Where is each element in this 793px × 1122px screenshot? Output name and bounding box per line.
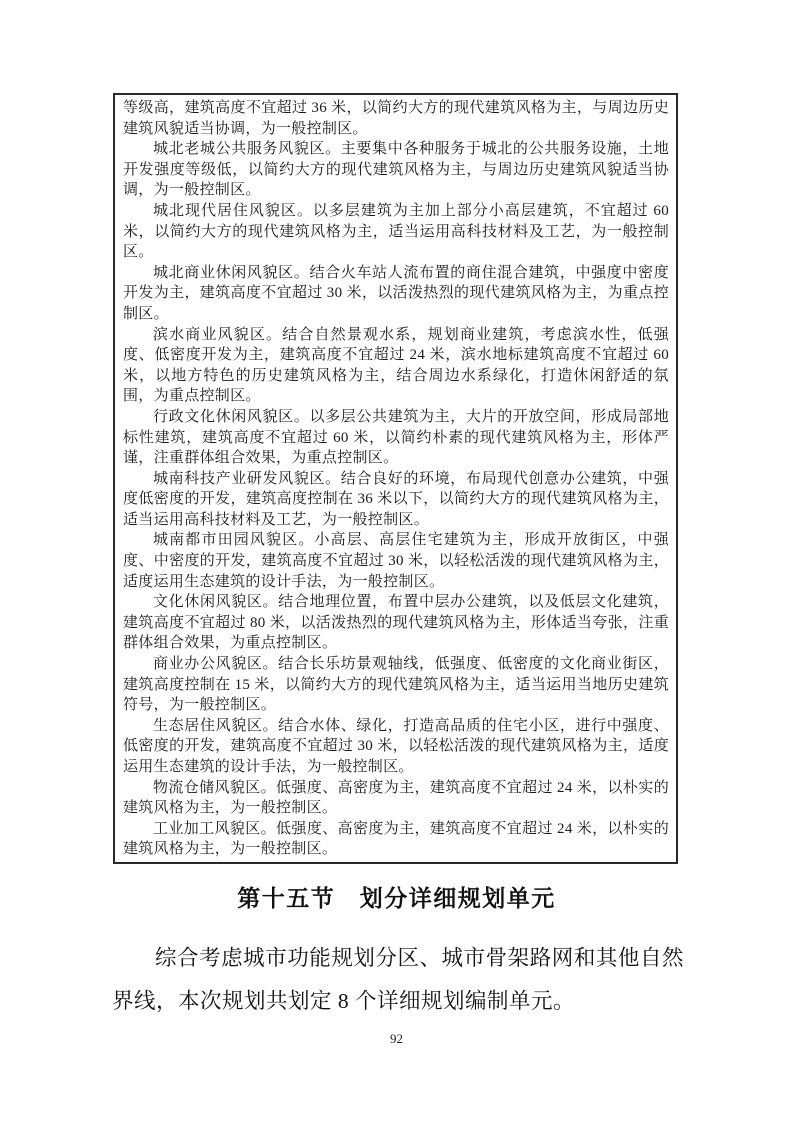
section-heading: 第十五节 划分详细规划单元	[0, 880, 793, 913]
zone-paragraph: 物流仓储风貌区。低强度、高密度为主，建筑高度不宜超过 24 米，以朴实的建筑风格…	[123, 778, 669, 819]
zone-paragraph: 工业加工风貌区。低强度、高密度为主，建筑高度不宜超过 24 米，以朴实的建筑风格…	[123, 819, 669, 860]
zone-paragraph: 文化休闲风貌区。结合地理位置，布置中层办公建筑，以及低层文化建筑，建筑高度不宜超…	[123, 592, 669, 654]
zone-paragraph: 生态居住风貌区。结合水体、绿化，打造高品质的住宅小区，进行中强度、低密度的开发，…	[123, 716, 669, 778]
closing-paragraph: 综合考虑城市功能规划分区、城市骨架路网和其他自然界线，本次规划共划定 8 个详细…	[112, 937, 684, 1023]
zone-paragraph: 城北老城公共服务风貌区。主要集中各种服务于城北的公共服务设施，土地开发强度等级低…	[123, 139, 669, 201]
zone-paragraph: 城南都市田园风貌区。小高层、高层住宅建筑为主，形成开放街区，中强度、中密度的开发…	[123, 530, 669, 592]
zone-paragraph: 行政文化休闲风貌区。以多层公共建筑为主，大片的开放空间，形成局部地标性建筑，建筑…	[123, 407, 669, 469]
zone-paragraph: 滨水商业风貌区。结合自然景观水系，规划商业建筑，考虑滨水性，低强度、低密度开发为…	[123, 325, 669, 407]
page-number: 92	[0, 1031, 793, 1047]
zone-paragraph: 城北现代居住风貌区。以多层建筑为主加上部分小高层建筑，不宜超过 60 米，以简约…	[123, 201, 669, 263]
zone-paragraph: 商业办公风貌区。结合长乐坊景观轴线，低强度、低密度的文化商业街区，建筑高度控制在…	[123, 654, 669, 716]
document-page: 等级高，建筑高度不宜超过 36 米，以简约大方的现代建筑风格为主，与周边历史建筑…	[0, 0, 793, 1122]
bordered-text-box: 等级高，建筑高度不宜超过 36 米，以简约大方的现代建筑风格为主，与周边历史建筑…	[113, 93, 678, 864]
zone-paragraph: 城北商业休闲风貌区。结合火车站人流布置的商住混合建筑，中强度中密度开发为主，建筑…	[123, 263, 669, 325]
zone-paragraph: 城南科技产业研发风貌区。结合良好的环境，布局现代创意办公建筑，中强度低密度的开发…	[123, 469, 669, 531]
zone-paragraph: 等级高，建筑高度不宜超过 36 米，以简约大方的现代建筑风格为主，与周边历史建筑…	[123, 98, 669, 139]
